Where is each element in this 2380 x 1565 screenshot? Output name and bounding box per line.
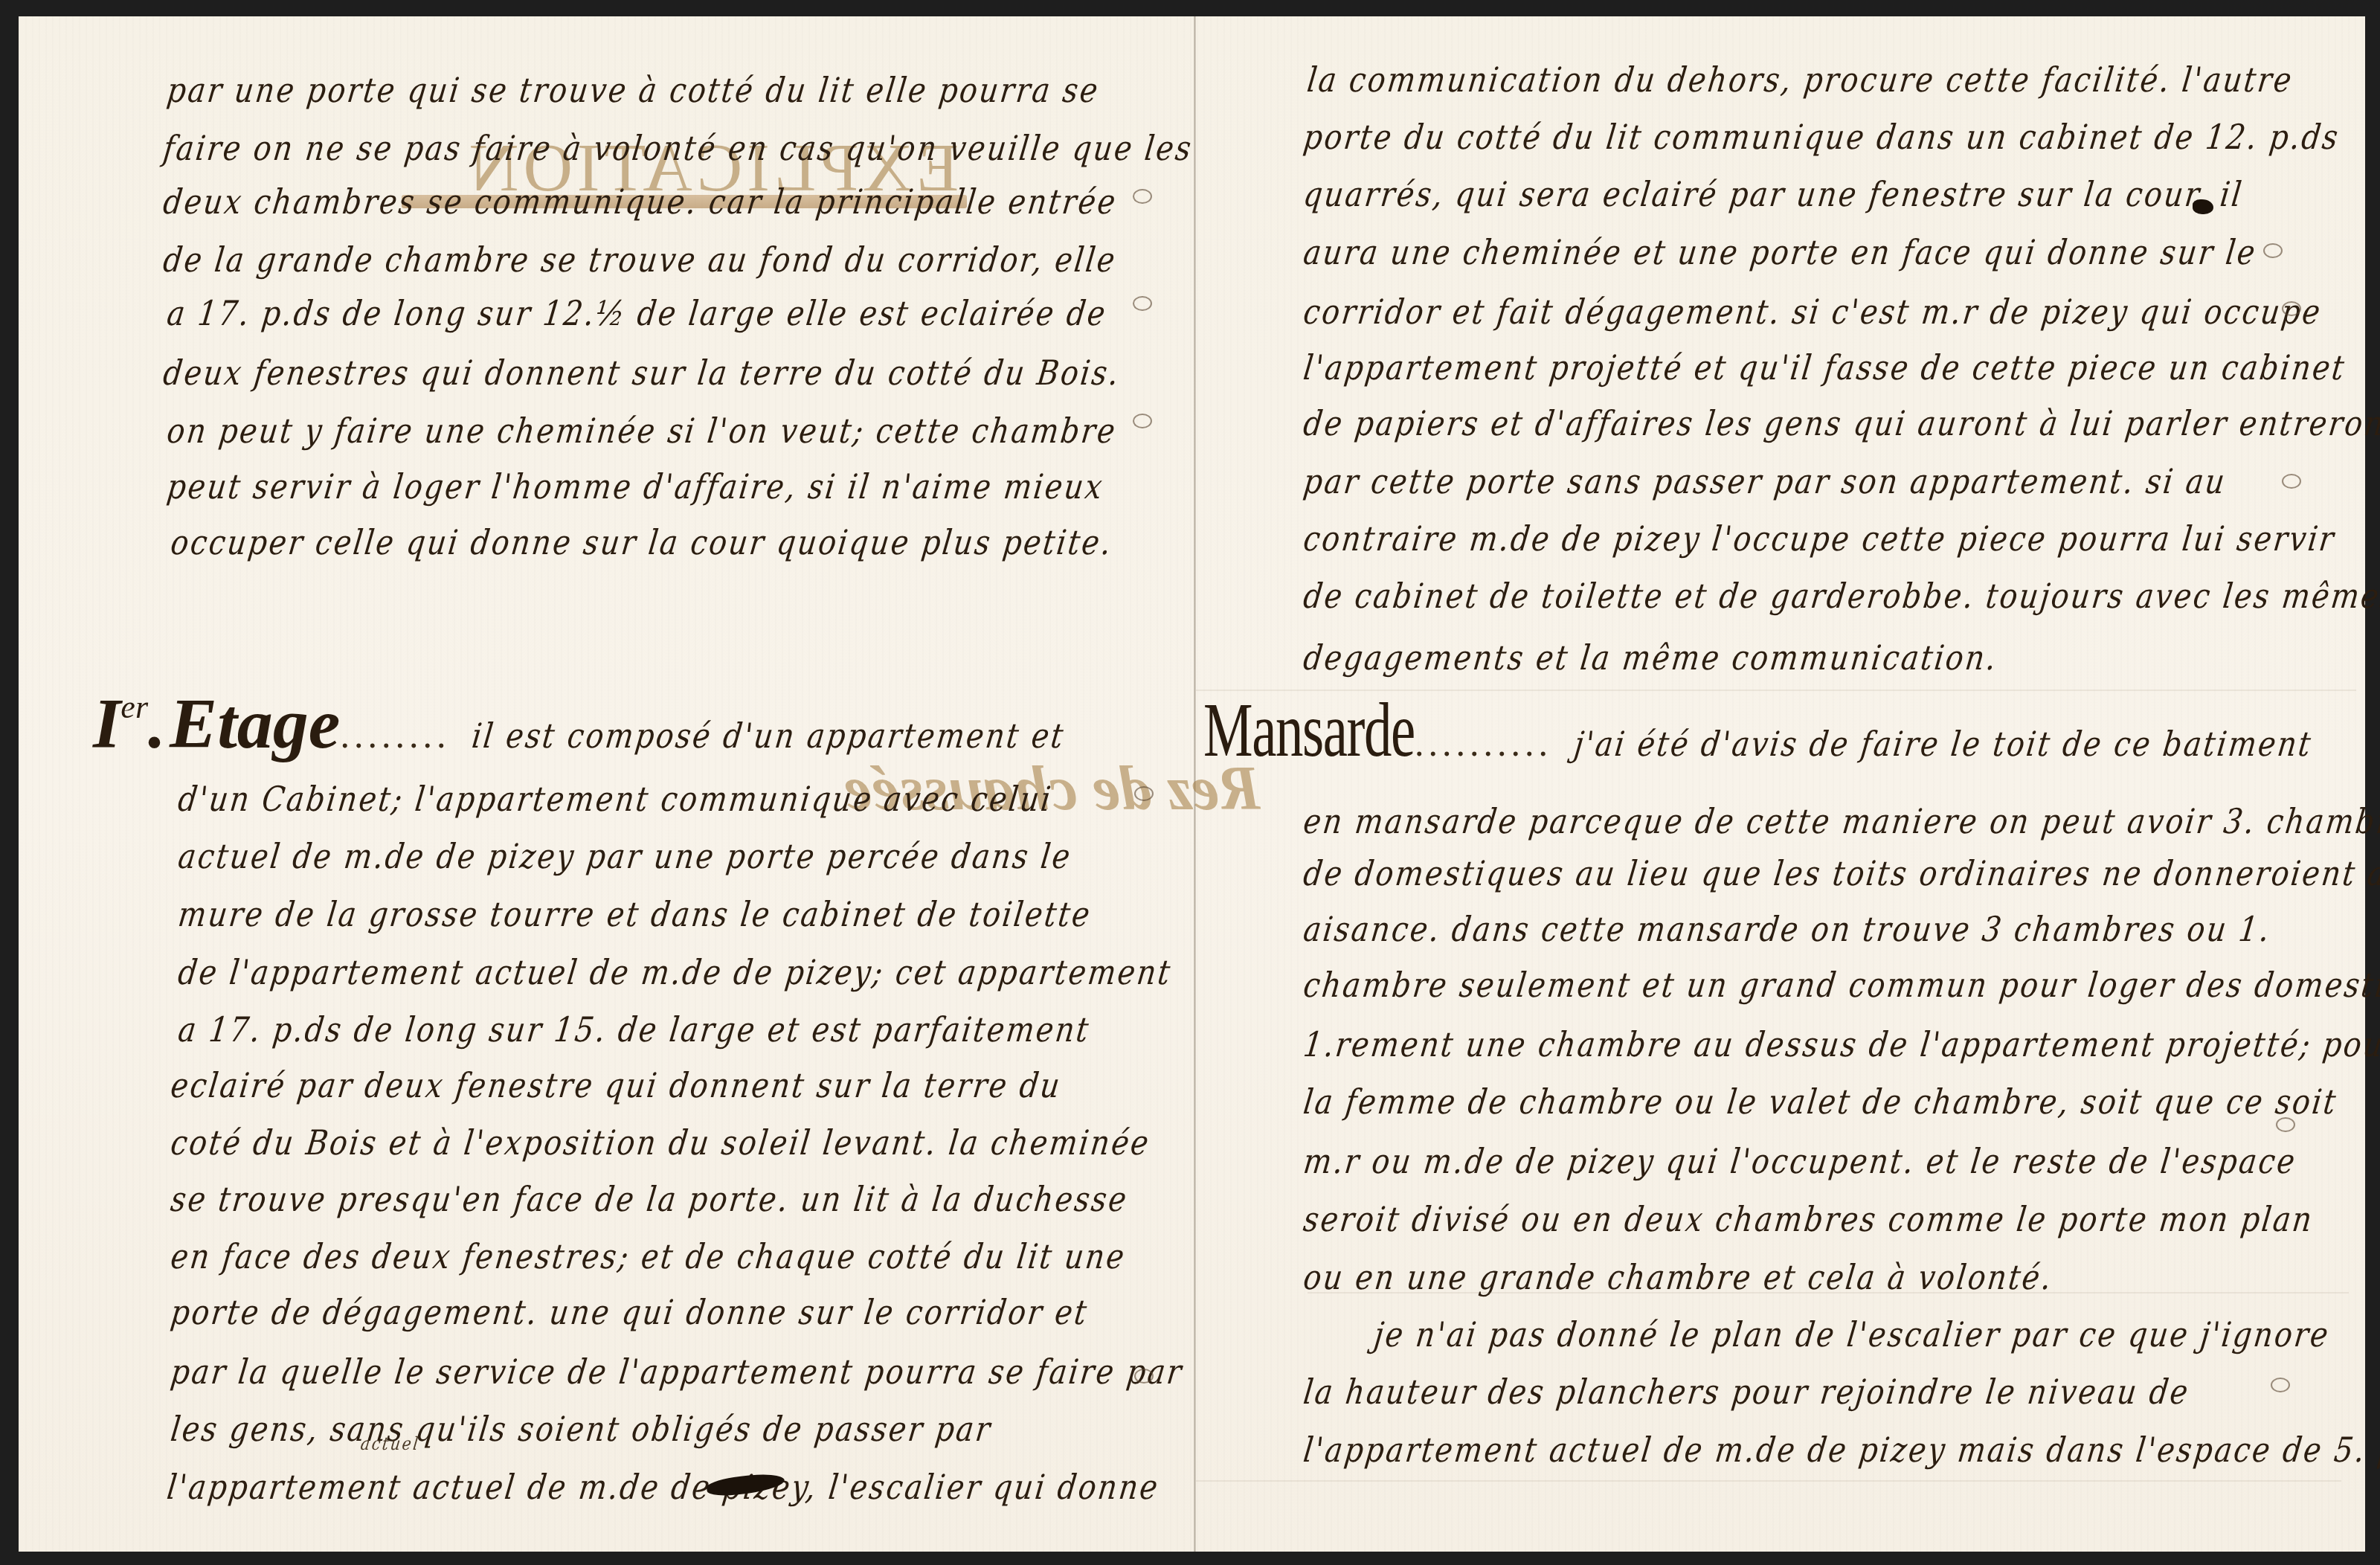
text-line: de l'appartement actuel de m.de de pizey… [176, 952, 1174, 992]
text-line: la hauteur des planchers pour rejoindre … [1302, 1372, 2193, 1412]
text-line: on peut y faire une cheminée si l'on veu… [165, 411, 1119, 451]
text-line: a 17. p.ds de long sur 15. de large et e… [176, 1009, 1093, 1050]
margin-loop-mark [1133, 414, 1152, 428]
ink-blot [2193, 199, 2213, 214]
right-page: la communication du dehors, procure cett… [1196, 16, 2365, 1552]
text-line: de papiers et d'affaires les gens qui au… [1302, 403, 2380, 443]
text-line: mure de la grosse tourre et dans le cabi… [176, 894, 1094, 934]
text-line: porte du cotté du lit communique dans un… [1302, 117, 2342, 157]
text-line: la femme de chambre ou le valet de chamb… [1302, 1082, 2340, 1122]
heading-leader-dots: ........ [340, 714, 450, 756]
heading-trailing-text: j'ai été d'avis de faire le toit de ce b… [1572, 724, 2315, 764]
text-line: les gens, sans qu'ils soient obligés de … [169, 1409, 994, 1449]
text-line: porte de dégagement. une qui donne sur l… [169, 1292, 1091, 1332]
text-line: par une porte qui se trouve à cotté du l… [165, 70, 1102, 110]
text-line: degagements et la même communication. [1302, 637, 2000, 678]
margin-loop-mark [1134, 786, 1154, 801]
text-line: occuper celle qui donne sur la cour quoi… [169, 522, 1115, 562]
margin-loop-mark [2276, 1117, 2295, 1132]
text-line: en mansarde parceque de cette maniere on… [1302, 801, 2380, 841]
text-line: de la grande chambre se trouve au fond d… [161, 240, 1119, 280]
text-line: contraire m.de de pizey l'occupe cette p… [1302, 518, 2338, 559]
text-line: 1.rement une chambre au dessus de l'appa… [1302, 1024, 2380, 1064]
text-line: aura une cheminée et une porte en face q… [1302, 232, 2260, 272]
text-line: deux fenestres qui donnent sur la terre … [161, 353, 1123, 393]
text-line: chambre seulement et un grand commun pou… [1302, 965, 2380, 1005]
heading-leader-dots: .......... [1415, 722, 1552, 764]
text-line: de cabinet de toilette et de garderobbe.… [1302, 576, 2380, 616]
heading-title: Etage [170, 684, 340, 763]
text-line: je n'ai pas donné le plan de l'escalier … [1372, 1314, 2332, 1354]
margin-loop-mark [2282, 301, 2301, 316]
text-line: quarrés, qui sera eclairé par une fenest… [1302, 174, 2245, 214]
text-line: par la quelle le service de l'appartemen… [169, 1352, 1186, 1392]
text-line: l'appartement projetté et qu'il fasse de… [1302, 347, 2349, 388]
text-line: en face des deux fenestres; et de chaque… [169, 1236, 1128, 1276]
heading-superscript: er [120, 689, 148, 725]
faint-rule [1196, 690, 2356, 691]
text-line: de domestiques au lieu que les toits ord… [1302, 853, 2380, 893]
text-line: coté du Bois et à l'exposition du soleil… [169, 1122, 1153, 1163]
text-line: l'appartement actuel de m.de de pizey ma… [1302, 1430, 2380, 1470]
heading-dot: . [148, 684, 166, 763]
text-line: faire on ne se pas faire à volonté en ca… [161, 128, 1195, 168]
text-line: d'un Cabinet; l'appartement communique a… [176, 779, 1055, 819]
manuscript-sheet: EXPLICATION Rez de chaussée par une port… [19, 16, 2365, 1552]
margin-loop-mark [1133, 189, 1152, 204]
heading-trailing-text: il est composé d'un appartement et [470, 716, 1067, 756]
margin-loop-mark [2263, 243, 2283, 258]
heading-numeral: I [93, 684, 120, 763]
text-line: par cette porte sans passer par son appa… [1302, 461, 2229, 501]
text-line: deux chambres se communique. car la prin… [161, 181, 1119, 222]
margin-loop-mark [2271, 1378, 2290, 1392]
text-line: seroit divisé ou en deux chambres comme … [1302, 1199, 2316, 1239]
section-heading-mansarde: Mansarde..........j'ai été d'avis de fai… [1203, 686, 2380, 774]
text-line: aisance. dans cette mansarde on trouve 3… [1302, 909, 2274, 949]
text-line: l'appartement actuel de m.de de pizey, l… [165, 1467, 1162, 1507]
text-line: m.r ou m.de de pizey qui l'occupent. et … [1302, 1141, 2299, 1181]
heading-title: Mansarde [1203, 686, 1415, 774]
text-line: la communication du dehors, procure cett… [1305, 60, 2296, 100]
interlinear-insertion: actuel [359, 1433, 421, 1454]
margin-loop-mark [1134, 1369, 1154, 1384]
margin-loop-mark [1133, 296, 1152, 311]
text-line: se trouve presqu'en face de la porte. un… [169, 1179, 1130, 1219]
text-line: peut servir à loger l'homme d'affaire, s… [165, 466, 1107, 507]
text-line: corridor et fait dégagement. si c'est m.… [1302, 292, 2324, 332]
text-line: ou en une grande chambre et cela à volon… [1302, 1257, 2056, 1297]
margin-loop-mark [2282, 474, 2301, 489]
faint-rule [1308, 1292, 2349, 1294]
text-line: eclairé par deux fenestre qui donnent su… [169, 1065, 1064, 1105]
text-line: actuel de m.de de pizey par une porte pe… [176, 836, 1074, 876]
faint-rule [1196, 1480, 2341, 1482]
left-page: EXPLICATION Rez de chaussée par une port… [19, 16, 1194, 1552]
section-heading-ier-etage: Ier. Etage........il est composé d'un ap… [93, 682, 1162, 765]
text-line: a 17. p.ds de long sur 12.½ de large ell… [165, 293, 1110, 333]
